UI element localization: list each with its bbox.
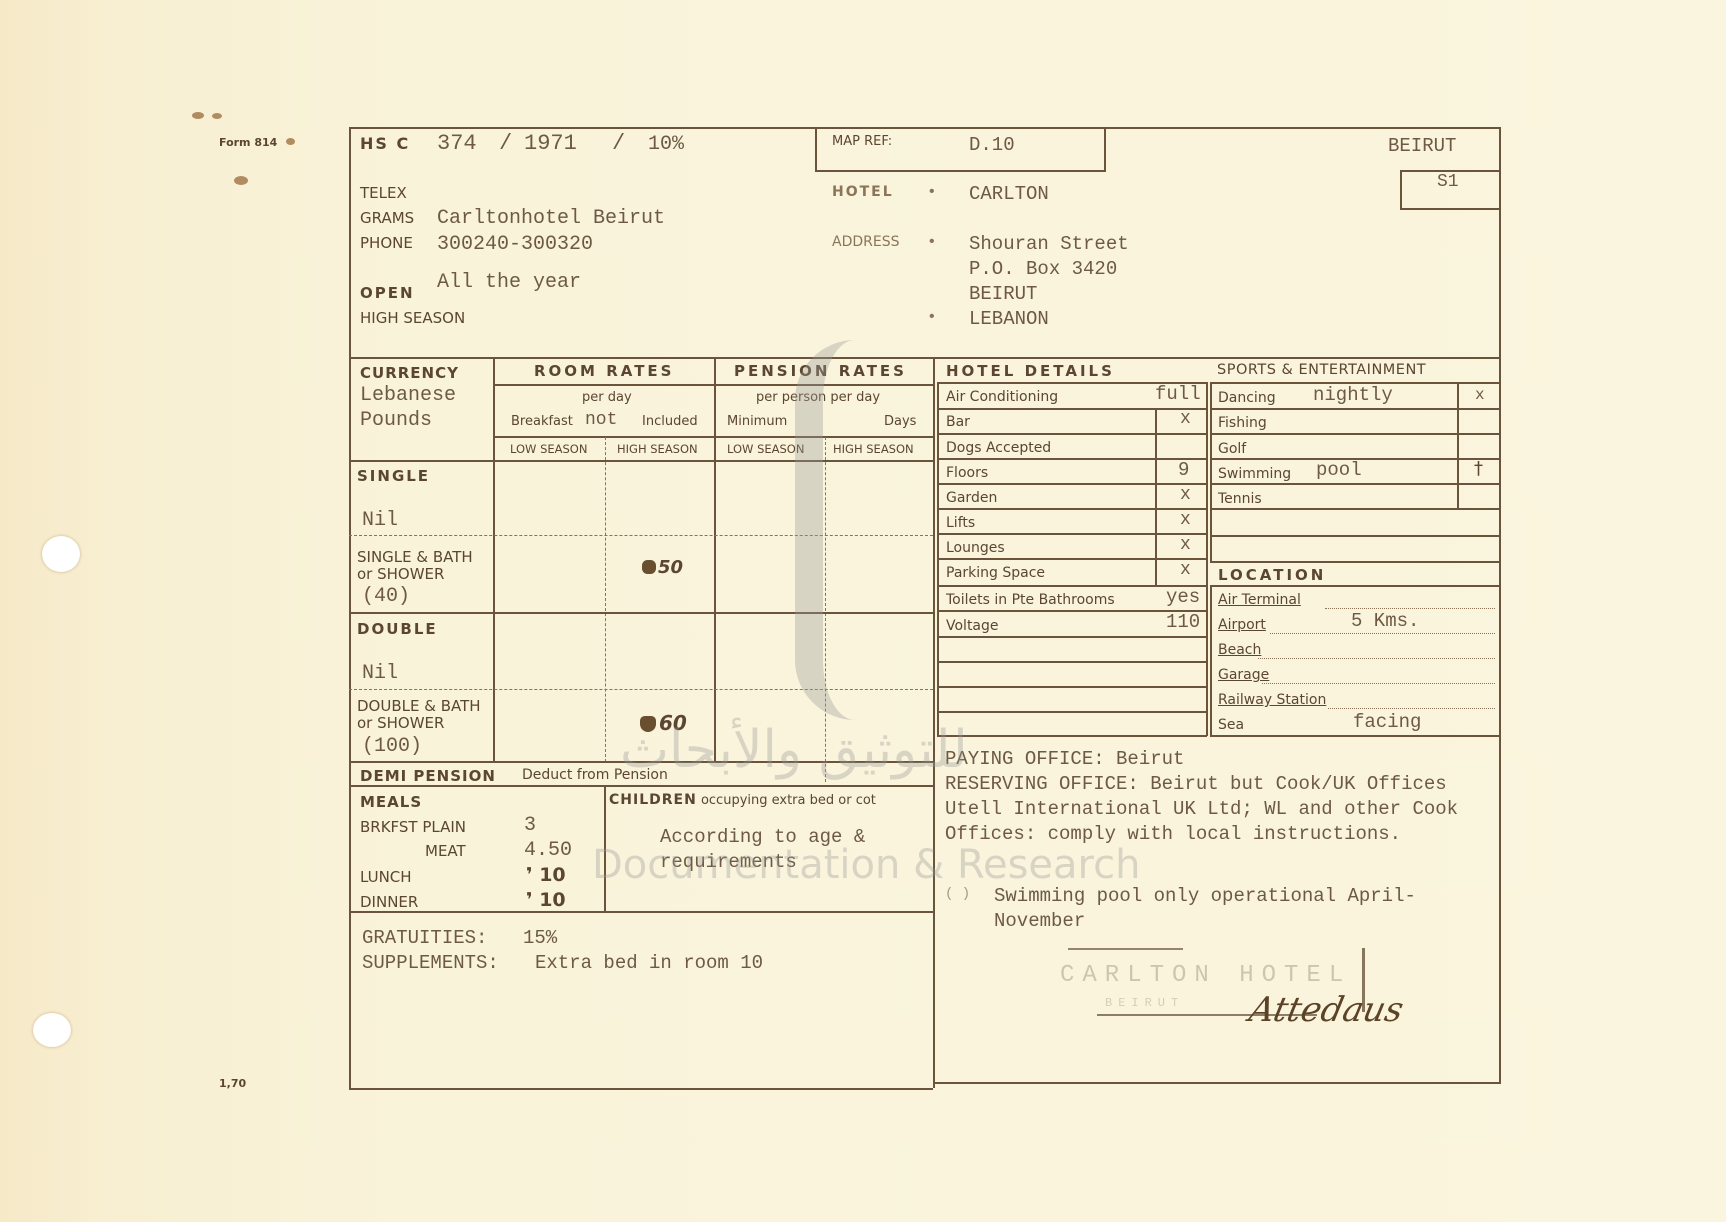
phone-value: 300240-300320 — [437, 233, 593, 256]
stamp-sub: BEIRUT — [1105, 996, 1184, 1010]
year: 1971 — [524, 131, 577, 156]
watermark-english: Documentation & Research — [592, 842, 1140, 888]
detail-label: Dogs Accepted — [946, 440, 1051, 456]
address-line: LEBANON — [969, 308, 1049, 330]
ink-blot — [642, 560, 656, 574]
print-code: 1,70 — [219, 1077, 246, 1090]
ref-number: 374 — [437, 131, 477, 156]
map-ref-value: D.10 — [969, 134, 1015, 156]
meals-title: MEALS — [360, 793, 422, 811]
location-label: Railway Station — [1218, 692, 1326, 708]
ink-stain — [286, 138, 295, 145]
ink-stain — [234, 176, 248, 185]
sport-label: Swimming — [1218, 466, 1291, 482]
detail-value: full — [1155, 383, 1201, 405]
reserving-office: Utell International UK Ltd; WL and other… — [945, 798, 1458, 820]
location-label: Beach — [1218, 642, 1261, 658]
meal-value: ❜ 10 — [526, 889, 566, 911]
sport-label: Golf — [1218, 441, 1246, 457]
bullet-icon: • — [929, 233, 935, 251]
detail-value: x — [1180, 409, 1191, 429]
demi-pension-label: DEMI PENSION — [360, 767, 496, 785]
detail-value: yes — [1166, 586, 1200, 608]
address-label: ADDRESS — [832, 234, 899, 250]
slash-separator: / — [499, 131, 512, 156]
hotel-name: CARLTON — [969, 183, 1049, 205]
meal-label: BRKFST PLAIN — [360, 818, 466, 836]
children-title: CHILDREN — [609, 792, 697, 808]
room-rates-sub: per day — [582, 390, 632, 405]
detail-label: Garden — [946, 490, 997, 506]
location-label: Garage — [1218, 667, 1269, 683]
address-line: P.O. Box 3420 — [969, 258, 1117, 280]
city-code: BEIRUT — [1388, 135, 1456, 157]
location-title: LOCATION — [1218, 566, 1326, 584]
meal-value: ❜ 10 — [526, 864, 566, 886]
room-type-note: (100) — [362, 735, 422, 758]
commission: 10% — [648, 133, 684, 156]
detail-label: Air Conditioning — [946, 389, 1058, 405]
remark: November — [994, 910, 1085, 932]
currency-value: Pounds — [360, 409, 432, 432]
minimum-label: Minimum — [727, 414, 787, 429]
currency-label: CURRENCY — [360, 364, 459, 382]
remark: Swimming pool only operational April- — [994, 885, 1416, 907]
room-type-label-2: or SHOWER — [357, 714, 444, 732]
room-type-label: SINGLE — [357, 467, 430, 485]
phone-label: PHONE — [360, 234, 413, 252]
ink-stain — [192, 112, 204, 119]
children-header: CHILDREN occupying extra bed or cot — [609, 792, 876, 808]
meal-label: MEAT — [425, 842, 466, 860]
sport-label: Fishing — [1218, 415, 1267, 431]
breakfast-label: Breakfast — [511, 414, 573, 429]
slash-separator: / — [612, 131, 625, 156]
gratuities-label: GRATUITIES: — [362, 927, 487, 949]
season-header: HIGH SEASON — [617, 442, 698, 456]
sport-value: † — [1474, 458, 1483, 479]
location-value: 5 Kms. — [1351, 610, 1419, 632]
currency-value: Lebanese — [360, 384, 456, 407]
hotel-label: HOTEL — [832, 184, 894, 200]
station-code: S1 — [1437, 172, 1459, 192]
room-type-note: Nil — [362, 509, 398, 532]
bullet-icon: • — [929, 308, 935, 326]
remark-bracket-icon: ( ) — [945, 886, 970, 902]
room-type-label: SINGLE & BATH — [357, 548, 473, 566]
detail-value: x — [1180, 535, 1191, 555]
supplements-label: SUPPLEMENTS: — [362, 952, 499, 974]
location-value: facing — [1353, 711, 1421, 733]
detail-value: x — [1180, 485, 1191, 505]
sport-note: pool — [1316, 459, 1362, 481]
hotel-details-title: HOTEL DETAILS — [946, 362, 1115, 380]
punch-hole — [42, 536, 80, 572]
meal-value: 3 — [524, 814, 536, 837]
meal-value-text: 10 — [539, 889, 565, 911]
sport-label: Tennis — [1218, 491, 1262, 507]
address-line: Shouran Street — [969, 233, 1129, 255]
detail-value: 110 — [1166, 611, 1200, 633]
room-type-label: DOUBLE & BATH — [357, 697, 481, 715]
telex-label: TELEX — [360, 184, 407, 202]
detail-label: Voltage — [946, 618, 999, 634]
sport-value: x — [1475, 386, 1485, 404]
signature: Attedaus — [1246, 990, 1407, 1030]
detail-label: Lounges — [946, 540, 1005, 556]
open-value: All the year — [437, 271, 581, 294]
season-header: LOW SEASON — [727, 442, 804, 456]
hs-label: HS C — [360, 134, 410, 153]
room-type-label: DOUBLE — [357, 620, 438, 638]
stamp-text: CARLTON HOTEL — [1060, 962, 1351, 989]
sport-note: nightly — [1313, 384, 1393, 406]
open-label: OPEN — [360, 284, 415, 302]
sport-label: Dancing — [1218, 390, 1276, 406]
meal-label: DINNER — [360, 893, 418, 911]
address-line: BEIRUT — [969, 283, 1037, 305]
location-label: Airport — [1218, 617, 1266, 633]
meal-value: 4.50 — [524, 839, 572, 862]
room-rates-title: ROOM RATES — [534, 362, 674, 380]
grams-label: GRAMS — [360, 209, 414, 227]
gratuities-value: 15% — [523, 927, 557, 949]
supplements-value: Extra bed in room 10 — [535, 952, 763, 974]
punch-hole — [33, 1013, 71, 1047]
breakfast-value: not — [585, 410, 617, 430]
location-label: Air Terminal — [1218, 592, 1301, 608]
room-type-note: Nil — [362, 662, 398, 685]
included-label: Included — [642, 414, 698, 429]
room-type-label-2: or SHOWER — [357, 565, 444, 583]
map-ref-label: MAP REF: — [832, 134, 892, 149]
watermark-arabic: للتوثيق والأبحاث — [620, 720, 968, 780]
high-season-label: HIGH SEASON — [360, 309, 465, 327]
room-type-note: (40) — [362, 585, 410, 608]
ink-stain — [212, 113, 222, 119]
season-header: LOW SEASON — [510, 442, 587, 456]
rate-value: 50 — [642, 557, 683, 578]
detail-value: x — [1180, 560, 1191, 580]
children-subtitle: occupying extra bed or cot — [701, 793, 876, 808]
detail-value: x — [1180, 510, 1191, 530]
form-number: Form 814 — [219, 136, 277, 149]
sports-title: SPORTS & ENTERTAINMENT — [1217, 362, 1426, 378]
detail-value: 9 — [1178, 459, 1189, 481]
location-label: Sea — [1218, 717, 1244, 733]
rate-value-text: 50 — [658, 557, 683, 578]
bullet-icon: • — [929, 183, 935, 201]
detail-label: Toilets in Pte Bathrooms — [946, 592, 1115, 608]
meal-value-text: 10 — [539, 864, 565, 886]
watermark-logo-icon — [795, 340, 953, 720]
grams-value: Carltonhotel Beirut — [437, 207, 665, 230]
reserving-office: RESERVING OFFICE: Beirut but Cook/UK Off… — [945, 773, 1447, 795]
paying-office: PAYING OFFICE: Beirut — [945, 748, 1184, 770]
meal-label: LUNCH — [360, 868, 412, 886]
detail-label: Parking Space — [946, 565, 1045, 581]
